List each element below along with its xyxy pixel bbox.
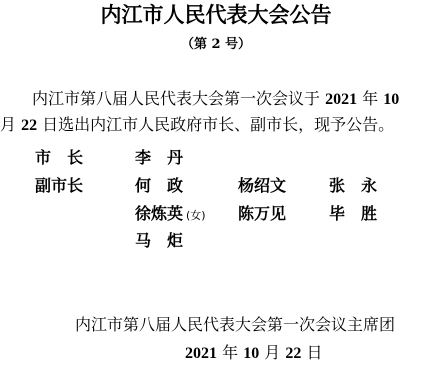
body-text: 年 (357, 89, 383, 108)
body-paragraph-line-2: 月 22 日选出内江市人民政府市长、副市长，现予公告。 (0, 116, 394, 135)
vice-mayor-name: 毕 胜 (329, 205, 377, 223)
signature-date: 2021 年 10 月 22 日 (185, 344, 322, 363)
signature-issuer: 内江市第八届人民代表大会第一次会议主席团 (75, 316, 395, 334)
announcement-number: （第 2 号） (0, 37, 432, 53)
body-day: 22 (21, 117, 37, 134)
date-day: 22 (285, 345, 301, 362)
body-text: 内江市第八届人民代表大会第一次会议于 (32, 89, 325, 108)
body-text: 月 (0, 115, 21, 134)
vice-mayor-name: 何 政 (135, 177, 183, 195)
date-unit: 年 (217, 343, 243, 362)
vice-mayor-name: 张 永 (329, 177, 377, 195)
gender-note: (女) (186, 209, 206, 222)
vice-mayor-name: 杨绍文 (238, 177, 286, 195)
date-year: 2021 (185, 345, 217, 362)
date-month: 10 (243, 345, 259, 362)
body-month: 10 (383, 91, 399, 108)
date-unit: 月 (259, 343, 285, 362)
body-text: 日选出内江市人民政府市长、副市长，现予公告。 (37, 115, 394, 134)
body-year: 2021 (325, 91, 357, 108)
vice-mayor-name: 马 炬 (135, 232, 183, 250)
mayor-name: 李 丹 (135, 149, 183, 167)
date-unit: 日 (301, 343, 322, 362)
vice-mayor-name: 陈万见 (238, 205, 286, 223)
body-paragraph-line-1: 内江市第八届人民代表大会第一次会议于 2021 年 10 (32, 90, 399, 109)
mayor-label: 市 长 (35, 149, 83, 167)
vice-mayor-name-with-note: 徐炼英(女) (135, 205, 206, 225)
vice-mayor-name: 徐炼英 (135, 204, 183, 223)
document-title: 内江市人民代表大会公告 (0, 3, 432, 27)
vice-mayor-label: 副市长 (35, 177, 83, 195)
